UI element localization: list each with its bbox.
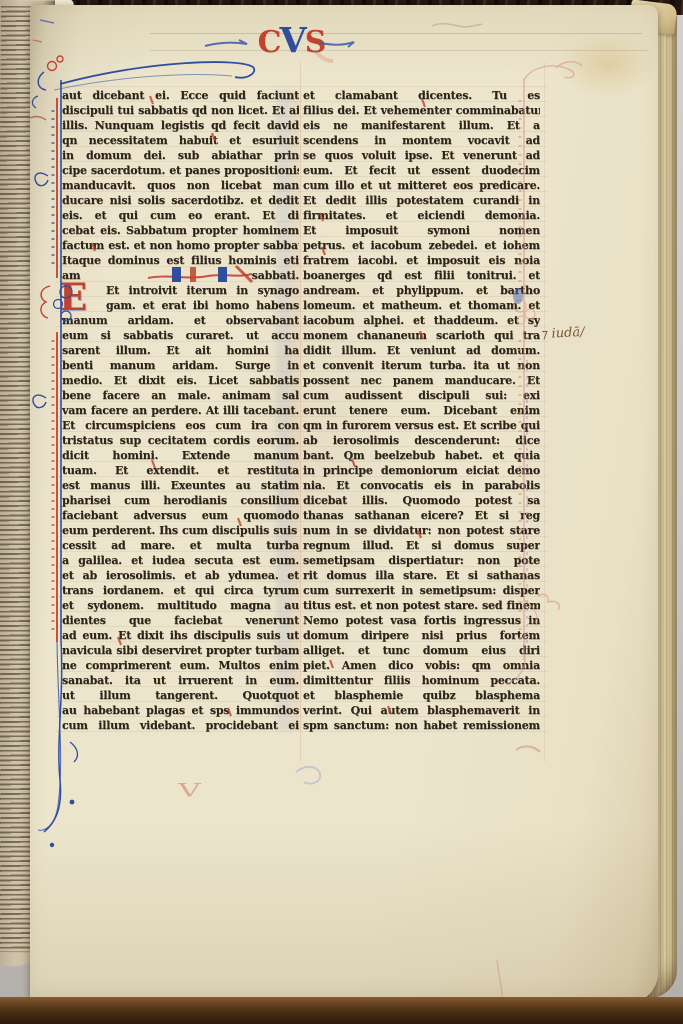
manuscript-text-line: et convenit iterum turba. ita ut non [303,358,540,373]
manuscript-text-line: dimittentur filiis hominum peccata. [303,673,540,688]
manuscript-text-line: fratrem iacobi. et imposuit eis noia [303,253,540,268]
manuscript-text-line: eum. Et fecit ut essent duodecim [303,163,540,178]
manuscript-text-line: faciebant adversus eum quomodo [62,508,299,523]
manuscript-text-line: medio. Et dixit eis. Licet sabbatis [62,373,299,388]
binding-bottom-edge [0,997,683,1024]
manuscript-text-line: in principe demoniorum eiciat demo [303,463,540,478]
manuscript-text-line: regnum illud. Et si domus super [303,538,540,553]
manuscript-text-line: sarent illum. Et ait homini ha [62,343,299,358]
manuscript-text-line: Et imposuit symoni nomen [303,223,540,238]
manuscript-text-line: bant. Qm beelzebub habet. et quia [303,448,540,463]
manuscript-text-line: scendens in montem vocavit ad [303,133,540,148]
manuscript-text-line: a galilea. et iudea secuta est eum. [62,553,299,568]
text-column-left: aut dicebant ei. Ecce quid faciuntdiscip… [62,88,299,733]
manuscript-text-line: piet. Amen dico vobis: qm omnia [303,658,540,673]
frame-line-right [544,62,545,762]
manuscript-text-line: ducare nisi solis sacerdotibz. et dedit [62,193,299,208]
manuscript-text-line: petrus. et iacobum zebedei. et iohem [303,238,540,253]
manuscript-text-line: in domum dei. sub abiathar prin [62,148,299,163]
manuscript-text-line: Et circumspiciens eos cum ira con [62,418,299,433]
manuscript-text-line: dicit homini. Extende manum [62,448,299,463]
manuscript-text-line: thanas sathanan eicere? Et si reg [303,508,540,523]
manuscript-text-line: pharisei cum herodianis consilium [62,493,299,508]
manuscript-text-line: firmitates. et eiciendi demonia. [303,208,540,223]
manuscript-text-line: manducavit. quos non licebat man [62,178,299,193]
manuscript-text-line: Nemo potest vasa fortis ingressus in [303,613,540,628]
manuscript-text-line: iacobum alphei. et thaddeum. et sy [303,313,540,328]
manuscript-text-line: verint. Qui autem blasphemaverit in [303,703,540,718]
manuscript-text-line: lomeum. et matheum. et thomam. et [303,298,540,313]
manuscript-text-line: didit illum. Et veniunt ad domum. [303,343,540,358]
frame-line-center [300,62,301,762]
manuscript-text-line: vam facere an perdere. At illi tacebant. [62,403,299,418]
manuscript-text-line: erunt tenere eum. Dicebant enim [303,403,540,418]
manuscript-text-line: et clamabant dicentes. Tu es [303,88,540,103]
manuscript-text-line: rit domus illa stare. Et si sathanas [303,568,540,583]
manuscript-text-line: bene facere an male. animam sal [62,388,299,403]
manuscript-text-line: cum illum videbant. procidebant ei [62,718,299,733]
manuscript-text-line: dicebat illis. Quomodo potest sa [303,493,540,508]
manuscript-text-line: domum diripere nisi prius fortem [303,628,540,643]
manuscript-text-line: nia. Et convocatis eis in parabolis [303,478,540,493]
manuscript-text-line: sanabat. ita ut irruerent in eum. [62,673,299,688]
quire-signature-mark: V [178,781,201,802]
running-title-letter-v: V [280,24,307,58]
manuscript-photo: CVS aut dicebant ei. Ecce quid faciuntdi… [0,0,683,1024]
manuscript-text-line: andream. et phylippum. et bartho [303,283,540,298]
running-title-letter-s: S [305,26,327,60]
chapter-initial-letter: E [59,279,101,315]
manuscript-text-line: possent nec panem manducare. Et [303,373,540,388]
manuscript-text-line: Itaque dominus est filius hominis eti [62,253,299,268]
manuscript-text-line: illis. Nunquam legistis qd fecit david [62,118,299,133]
manuscript-text-line: aut dicebant ei. Ecce quid faciunt [62,88,299,103]
manuscript-text-line: eis. et qui cum eo erant. Et di [62,208,299,223]
manuscript-text-line: cebat eis. Sabbatum propter hominem [62,223,299,238]
manuscript-text-line: ut illum tangerent. Quotquot [62,688,299,703]
manuscript-text-line: monem chananeum scarioth qui tra [303,328,540,343]
manuscript-text-line: Et dedit illis potestatem curandi in [303,193,540,208]
running-title-letter-c: C [258,26,282,60]
manuscript-text-line: filius dei. Et vehementer comminabatur [303,103,540,118]
manuscript-text-line: ab ierosolimis descenderunt: dice [303,433,540,448]
manuscript-text-line: factum est. et non homo propter sabbatum… [62,238,299,253]
manuscript-text-line: cum audissent discipuli sui: exi [303,388,540,403]
manuscript-text-line: titus est. et non potest stare. sed fine… [303,598,540,613]
manuscript-text-line: tuam. Et extendit. et restituta [62,463,299,478]
manuscript-text-line: cipe sacerdotum. et panes propositionis [62,163,299,178]
text-column-right: et clamabant dicentes. Tu esfilius dei. … [303,88,540,733]
manuscript-text-line: alliget. et tunc domum eius diri [303,643,540,658]
manuscript-text-line: eis ne manifestarent illum. Et a [303,118,540,133]
manuscript-text-line: cum surrexerit in semetipsum: disper [303,583,540,598]
manuscript-text-line: et blasphemie quibz blasphema [303,688,540,703]
manuscript-text-line: benti manum aridam. Surge in [62,358,299,373]
manuscript-text-line: se quos voluit ipse. Et venerunt ad [303,148,540,163]
manuscript-text-line: qn necessitatem habuit et esuriuit [62,133,299,148]
manuscript-text-line: eum perderent. Ihs cum discipulis suis s… [62,523,299,538]
manuscript-text-line: boanerges qd est filii tonitrui. et [303,268,540,283]
header-ruling-1 [150,33,642,34]
manuscript-text-line: discipuli tui sabbatis qd non licet. Et … [62,103,299,118]
manuscript-text-line: manum aridam. et observabant [62,313,299,328]
manuscript-text-line: cum illo et ut mitteret eos predicare. [303,178,540,193]
manuscript-text-line: dientes que faciebat venerunt [62,613,299,628]
manuscript-text-line: navicula sibi deserviret propter turbam. [62,643,299,658]
manuscript-text-line: semetipsam dispertiatur: non pote [303,553,540,568]
manuscript-text-line: au habebant plagas et sps immundos [62,703,299,718]
manuscript-text-line: et ab ierosolimis. et ab ydumea. et [62,568,299,583]
manuscript-text-line: tristatus sup cecitatem cordis eorum. [62,433,299,448]
manuscript-text-line: ad eum. Et dixit ihs discipulis suis ut [62,628,299,643]
manuscript-text-line: est manus illi. Exeuntes au statim [62,478,299,493]
header-ruling-2 [150,50,648,51]
manuscript-text-line: et sydonem. multitudo magna au [62,598,299,613]
manuscript-text-line: trans iordanem. et qui circa tyrum [62,583,299,598]
manuscript-text-line: eum si sabbatis curaret. ut accu [62,328,299,343]
margin-correction-note: ⁊ iudā/ [541,325,585,342]
manuscript-text-line: ne comprimerent eum. Multos enim [62,658,299,673]
running-title: CVS [232,24,352,60]
manuscript-text-line: num in se dividatur: non potest stare [303,523,540,538]
manuscript-text-line: qm in furorem versus est. Et scribe qui [303,418,540,433]
manuscript-text-line: spm sanctum: non habet remissionem [303,718,540,733]
manuscript-text-line: cessit ad mare. et multa turba [62,538,299,553]
